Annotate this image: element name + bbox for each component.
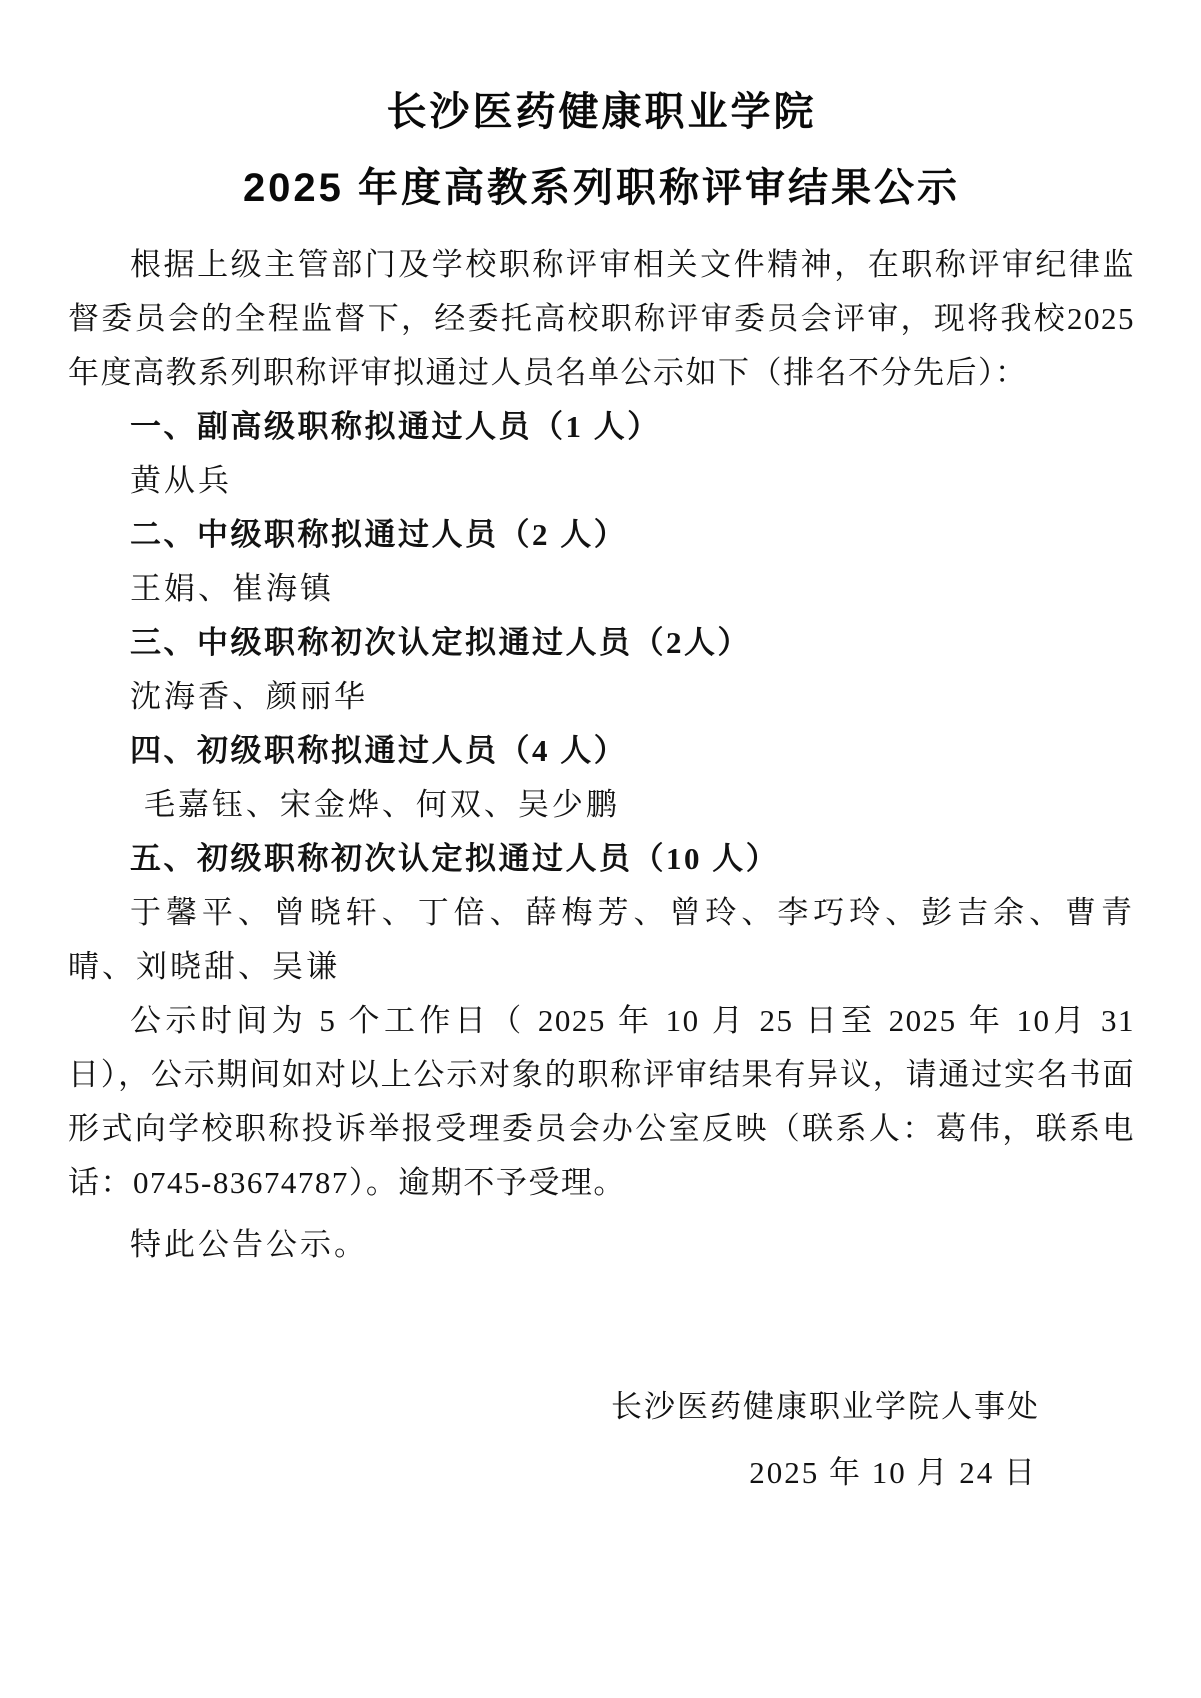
announcement-page: 长沙医药健康职业学院 2025 年度高教系列职称评审结果公示 根据上级主管部门及… bbox=[0, 0, 1201, 1698]
section-3-names: 沈海香、颜丽华 bbox=[68, 670, 1135, 724]
section-5-names: 于馨平、曾晓轩、丁倍、薛梅芳、曾玲、李巧玲、彭吉余、曹青晴、刘晓甜、吴谦 bbox=[68, 886, 1135, 994]
closing-line: 特此公告公示。 bbox=[68, 1218, 1135, 1272]
section-2-names: 王娟、崔海镇 bbox=[68, 562, 1135, 616]
notice-period-paragraph: 公示时间为 5 个工作日（ 2025 年 10 月 25 日至 2025 年 1… bbox=[68, 994, 1135, 1210]
section-2-heading: 二、中级职称拟通过人员（2 人） bbox=[68, 508, 1135, 562]
section-1-heading: 一、副高级职称拟通过人员（1 人） bbox=[68, 400, 1135, 454]
section-intermediate: 二、中级职称拟通过人员（2 人） 王娟、崔海镇 bbox=[68, 508, 1135, 616]
section-deputy-senior: 一、副高级职称拟通过人员（1 人） 黄从兵 bbox=[68, 400, 1135, 508]
section-intermediate-initial: 三、中级职称初次认定拟通过人员（2人） 沈海香、颜丽华 bbox=[68, 616, 1135, 724]
section-1-names: 黄从兵 bbox=[68, 454, 1135, 508]
section-junior: 四、初级职称拟通过人员（4 人） 毛嘉钰、宋金烨、何双、吴少鹏 bbox=[68, 724, 1135, 832]
section-junior-initial: 五、初级职称初次认定拟通过人员（10 人） 于馨平、曾晓轩、丁倍、薛梅芳、曾玲、… bbox=[68, 832, 1135, 994]
document-title-line-2: 2025 年度高教系列职称评审结果公示 bbox=[68, 164, 1135, 212]
section-3-heading: 三、中级职称初次认定拟通过人员（2人） bbox=[68, 616, 1135, 670]
document-title-line-1: 长沙医药健康职业学院 bbox=[68, 88, 1135, 136]
section-5-heading: 五、初级职称初次认定拟通过人员（10 人） bbox=[68, 832, 1135, 886]
section-4-names: 毛嘉钰、宋金烨、何双、吴少鹏 bbox=[68, 778, 1135, 832]
intro-paragraph: 根据上级主管部门及学校职称评审相关文件精神，在职称评审纪律监督委员会的全程监督下… bbox=[68, 238, 1135, 400]
date-line: 2025 年 10 月 24 日 bbox=[68, 1446, 1135, 1500]
section-4-heading: 四、初级职称拟通过人员（4 人） bbox=[68, 724, 1135, 778]
issuer-line: 长沙医药健康职业学院人事处 bbox=[68, 1380, 1135, 1434]
